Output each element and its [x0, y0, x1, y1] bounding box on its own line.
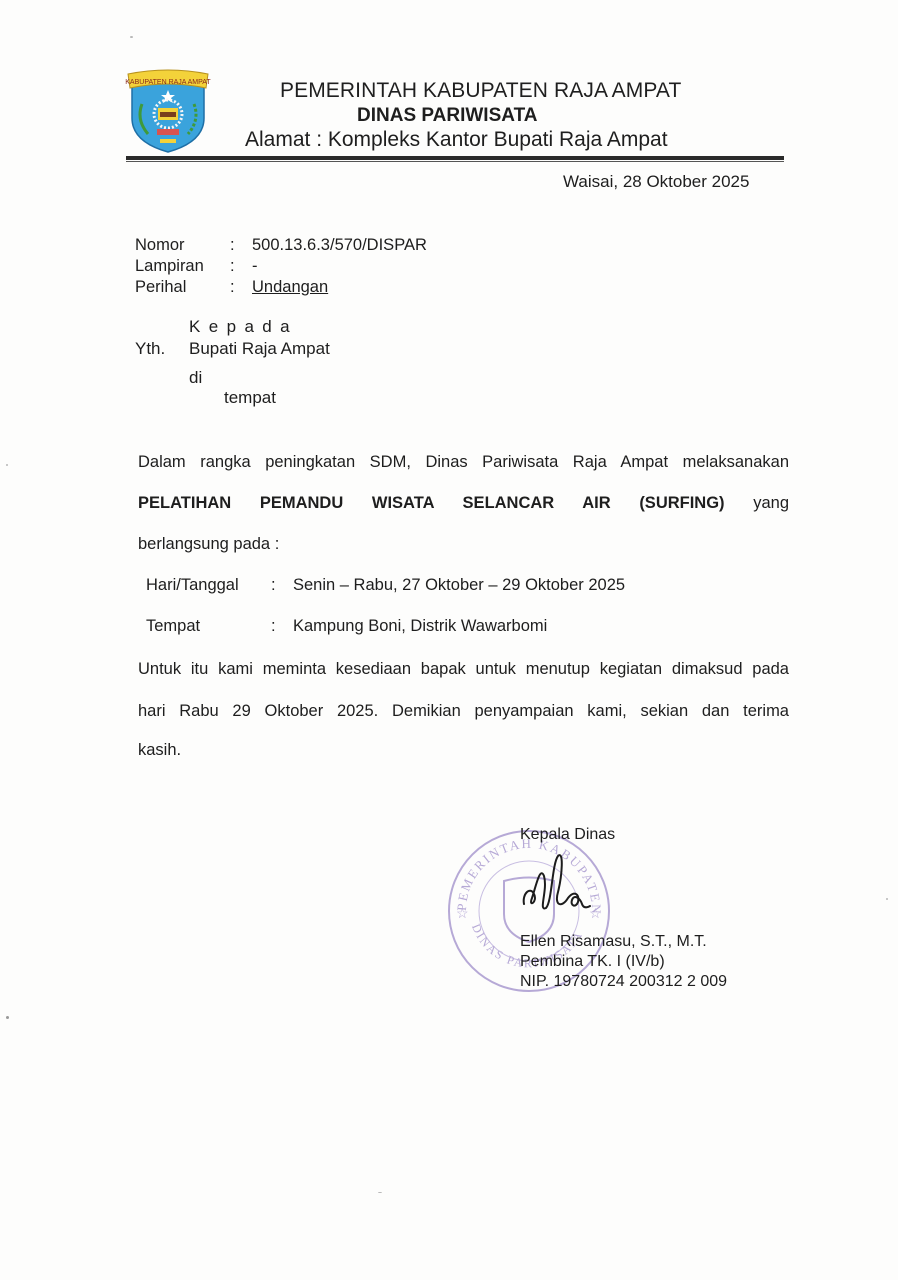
meta-row-lampiran: Lampiran : - — [135, 256, 427, 277]
meta-value: Undangan — [252, 277, 328, 298]
body-text: yang — [753, 494, 789, 512]
svg-text:KABUPATEN RAJA AMPAT: KABUPATEN RAJA AMPAT — [125, 79, 211, 86]
body-paragraph-1: Dalam rangka peningkatan SDM, Dinas Pari… — [138, 453, 789, 472]
meta-separator: : — [230, 277, 252, 298]
body-paragraph-5: hari Rabu 29 Oktober 2025. Demikian peny… — [138, 702, 789, 721]
detail-row-date: Hari/Tanggal : Senin – Rabu, 27 Oktober … — [146, 576, 625, 595]
kepada-label: Kepada — [189, 317, 298, 337]
detail-label: Hari/Tanggal — [146, 576, 271, 595]
meta-value: 500.13.6.3/570/DISPAR — [252, 235, 427, 256]
meta-separator: : — [230, 235, 252, 256]
detail-row-place: Tempat : Kampung Boni, Distrik Wawarbomi — [146, 617, 547, 636]
agency-address: Alamat : Kompleks Kantor Bupati Raja Amp… — [245, 128, 668, 152]
scan-speck — [6, 1016, 9, 1019]
letter-meta: Nomor : 500.13.6.3/570/DISPAR Lampiran :… — [135, 235, 427, 298]
detail-label: Tempat — [146, 617, 271, 636]
handwritten-signature — [518, 846, 618, 926]
tempat-label: tempat — [224, 388, 276, 408]
agency-name: DINAS PARIWISATA — [357, 105, 538, 127]
place-date: Waisai, 28 Oktober 2025 — [563, 172, 749, 192]
meta-row-perihal: Perihal : Undangan — [135, 277, 427, 298]
scan-speck — [378, 1192, 382, 1193]
recipient: Bupati Raja Ampat — [189, 339, 330, 359]
meta-value: - — [252, 256, 258, 277]
di-label: di — [189, 368, 202, 388]
detail-value: Kampung Boni, Distrik Wawarbomi — [293, 617, 547, 636]
body-paragraph-2: PELATIHAN PEMANDU WISATA SELANCAR AIR (S… — [138, 494, 789, 513]
scan-speck — [886, 898, 888, 900]
meta-label: Lampiran — [135, 256, 230, 277]
body-paragraph-3: berlangsung pada : — [138, 535, 789, 554]
body-paragraph-6: kasih. — [138, 741, 789, 760]
letterhead-rule-thin — [126, 161, 784, 162]
regency-logo: KABUPATEN RAJA AMPAT — [124, 68, 212, 154]
signatory-name: Ellen Risamasu, S.T., M.T. — [520, 932, 727, 952]
signatory-title: Kepala Dinas — [520, 826, 615, 844]
detail-value: Senin – Rabu, 27 Oktober – 29 Oktober 20… — [293, 576, 625, 595]
meta-separator: : — [230, 256, 252, 277]
meta-label: Perihal — [135, 277, 230, 298]
scan-speck — [130, 36, 133, 38]
signature-icon — [518, 846, 618, 926]
signatory-rank: Pembina TK. I (IV/b) — [520, 952, 727, 972]
detail-separator: : — [271, 576, 293, 595]
scan-speck — [6, 464, 8, 466]
yth-label: Yth. — [135, 339, 165, 359]
signatory-details: Ellen Risamasu, S.T., M.T. Pembina TK. I… — [520, 932, 727, 992]
svg-text:☆: ☆ — [456, 905, 469, 921]
letterhead-rule — [126, 156, 784, 160]
meta-label: Nomor — [135, 235, 230, 256]
meta-row-nomor: Nomor : 500.13.6.3/570/DISPAR — [135, 235, 427, 256]
event-title: PELATIHAN PEMANDU WISATA SELANCAR AIR (S… — [138, 494, 725, 512]
signatory-nip: NIP. 19780724 200312 2 009 — [520, 972, 727, 992]
detail-separator: : — [271, 617, 293, 636]
government-name: PEMERINTAH KABUPATEN RAJA AMPAT — [280, 79, 681, 103]
body-paragraph-4: Untuk itu kami meminta kesediaan bapak u… — [138, 660, 789, 679]
crest-icon: KABUPATEN RAJA AMPAT — [124, 68, 212, 154]
